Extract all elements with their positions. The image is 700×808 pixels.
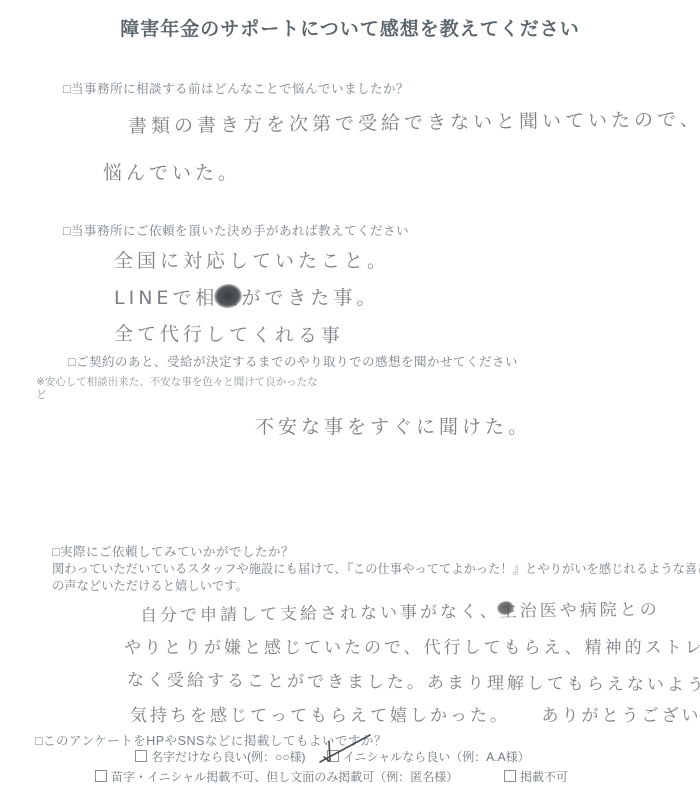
answer-4-line-4: 気持ちを感じてってもらえて嬉しかった。 ありがとうございました。 [130,701,700,726]
question-4-description-line-2: の声などいただけると嬉しいです。 [52,576,248,594]
answer-2-line-3: 全て代行してくれる事 [114,319,344,348]
option-initials-ok: イニシャルなら良い（例：A.A様） [327,748,530,765]
answer-4-line-3: なく受給することができました。あまり理解してもらえないような [127,665,700,695]
answer-2-line-2: LINEで相談ができた事。 [114,283,379,310]
option-text-only-label: 苗字・イニシャル掲載不可、但し文面のみ掲載可（例：匿名様） [111,770,458,784]
checkbox-initials-ok [327,750,339,762]
page-title: 障害年金のサポートについて感想を教えてください [0,14,700,41]
answer-2-line-1: 全国に対応していたこと。 [114,246,390,273]
question-5-label: □このアンケートをHPやSNSなどに掲載してもよいですか？ [35,731,387,749]
question-3-note-line-1: ※安心して相談出来た、不安な事を色々と聞けて良かったな [36,374,318,389]
option-no-publication: 掲載不可 [504,768,568,785]
answer-3-line-1: 不安な事をすぐに聞けた。 [255,412,531,439]
answer-1-line-2: 悩んでいた。 [103,158,241,185]
question-3-note-line-2: ど [36,387,47,402]
question-1-label: □当事務所に相談する前はどんなことで悩んでいましたか？ [63,79,409,97]
survey-sheet: 障害年金のサポートについて感想を教えてください □当事務所に相談する前はどんなこ… [0,0,700,808]
question-2-label: □当事務所にご依頼を頂いた決め手があれば教えてください [63,221,409,239]
question-4-label: □実際にご依頼してみていかがでしたか？ [52,542,294,560]
checkbox-surname-only [135,750,147,762]
checkbox-no-publication [504,770,516,782]
answer-4-line-1: 自分で申請して支給されない事がなく、主治医や病院との [140,595,660,626]
option-surname-only: 名字だけなら良い(例：○○様) [135,748,306,765]
question-3-label: □ご契約のあと、受給が決定するまでのやり取りでの感想を聞かせてください [68,352,518,370]
question-4-description-line-1: 関わっていただいているスタッフや施設にも届けて、『この仕事やっててよかった！』と… [52,559,700,577]
answer-1-line-1: 書類の書き方を次第で受給できないと聞いていたので、 [128,104,700,138]
checkbox-text-only [95,770,107,782]
answer-4-line-2: やりとりが嫌と感じていたので、代行してもらえ、精神的ストレス [124,633,700,658]
option-initials-ok-label: イニシャルなら良い（例：A.A様） [343,750,530,764]
option-surname-only-label: 名字だけなら良い(例：○○様) [151,750,306,764]
option-text-only: 苗字・イニシャル掲載不可、但し文面のみ掲載可（例：匿名様） [95,768,458,785]
option-no-publication-label: 掲載不可 [520,770,568,784]
